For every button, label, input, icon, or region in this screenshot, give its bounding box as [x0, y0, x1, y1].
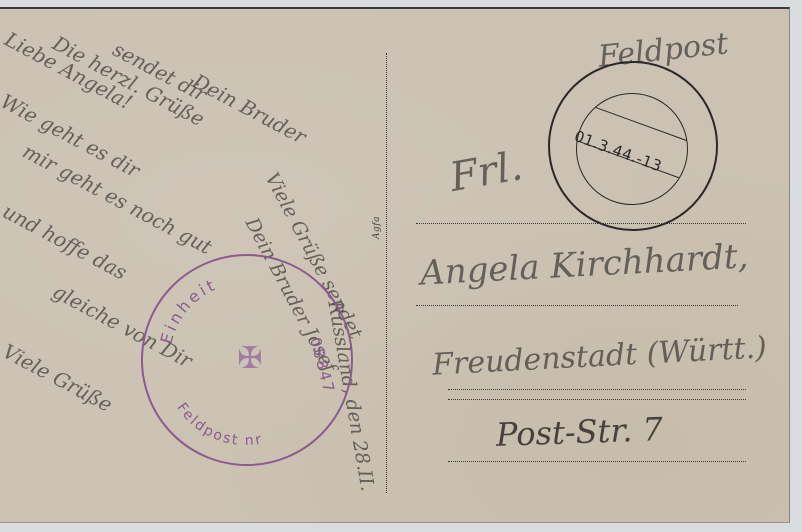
eagle-emblem-icon: ✠ [233, 338, 267, 380]
address-line-rule [448, 461, 746, 462]
printer-imprint: Agfa [372, 216, 382, 239]
address-salutation: Frl. [447, 143, 526, 201]
address-name: Angela Kirchhardt, [419, 236, 749, 293]
unit-stamp-bottom-text: Feldpost nr [173, 400, 264, 449]
unit-stamp-number: 08847 [306, 335, 338, 395]
svg-text:Feldpost nr: Feldpost nr [173, 400, 264, 449]
address-street: Post-Str. 7 [495, 410, 663, 454]
message-line: und hoffe das [0, 199, 131, 285]
unit-stamp-top-text: Einheit [157, 275, 220, 346]
unit-stamp: Einheit Feldpost nr 08847 ✠ [141, 254, 353, 466]
address-line-rule [416, 223, 746, 224]
address-line-rule [448, 389, 746, 390]
address-line-rule [416, 305, 738, 306]
vertical-divider [386, 53, 387, 493]
svg-text:Einheit: Einheit [157, 275, 220, 346]
message-line: Viele Grüße [0, 339, 116, 417]
postcard: Liebe Angela! Die herzl. Grüße sendet di… [0, 7, 790, 522]
postmark: 01.3.44.-13 [548, 61, 718, 231]
address-city: Freudenstadt (Württ.) [431, 330, 767, 382]
address-line-rule [448, 399, 746, 400]
